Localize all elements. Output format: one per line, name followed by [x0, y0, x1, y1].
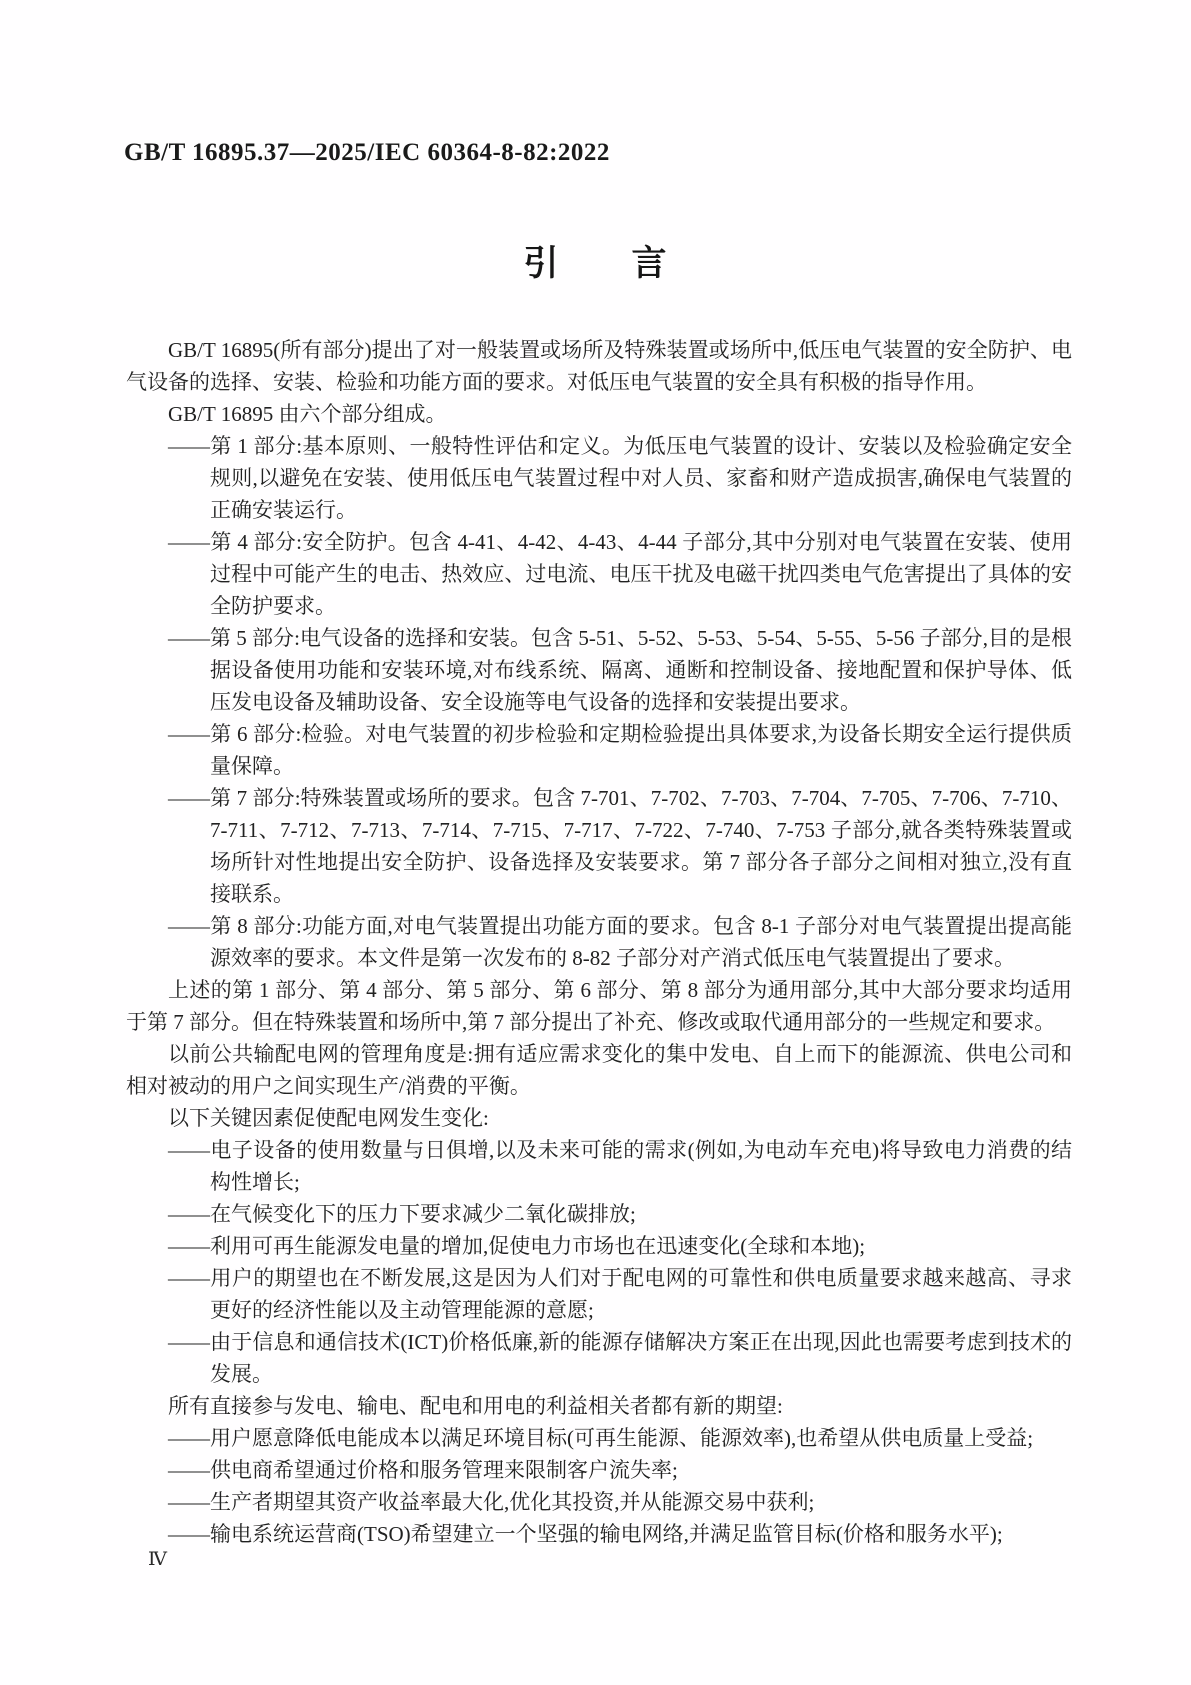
dash-leader: —— — [168, 786, 210, 810]
paragraph: 以下关键因素促使配电网发生变化: — [126, 1102, 1072, 1134]
document-page: GB/T 16895.37—2025/IEC 60364-8-82:2022 引… — [0, 0, 1191, 1685]
dash-leader: —— — [168, 1202, 210, 1226]
paragraph: 以前公共输配电网的管理角度是:拥有适应需求变化的集中发电、自上而下的能源流、供电… — [126, 1038, 1072, 1102]
list-item: ——供电商希望通过价格和服务管理来限制客户流失率; — [126, 1454, 1072, 1486]
dash-leader: —— — [168, 914, 210, 938]
list-item: ——用户愿意降低电能成本以满足环境目标(可再生能源、能源效率),也希望从供电质量… — [126, 1422, 1072, 1454]
dash-leader: —— — [168, 530, 210, 554]
list-item: ——由于信息和通信技术(ICT)价格低廉,新的能源存储解决方案正在出现,因此也需… — [126, 1326, 1072, 1390]
standard-number-header: GB/T 16895.37—2025/IEC 60364-8-82:2022 — [124, 139, 610, 167]
dash-leader: —— — [168, 1458, 210, 1482]
list-item: ——第 5 部分:电气设备的选择和安装。包含 5-51、5-52、5-53、5-… — [126, 622, 1072, 718]
list-item: ——生产者期望其资产收益率最大化,优化其投资,并从能源交易中获利; — [126, 1486, 1072, 1518]
list-item: ——输电系统运营商(TSO)希望建立一个坚强的输电网络,并满足监管目标(价格和服… — [126, 1518, 1072, 1550]
list-item: ——电子设备的使用数量与日俱增,以及未来可能的需求(例如,为电动车充电)将导致电… — [126, 1134, 1072, 1198]
list-item: ——第 6 部分:检验。对电气装置的初步检验和定期检验提出具体要求,为设备长期安… — [126, 718, 1072, 782]
dash-leader: —— — [168, 1426, 210, 1450]
dash-leader: —— — [168, 1330, 210, 1354]
list-item: ——第 8 部分:功能方面,对电气装置提出功能方面的要求。包含 8-1 子部分对… — [126, 910, 1072, 974]
dash-leader: —— — [168, 1266, 210, 1290]
dash-leader: —— — [168, 1490, 210, 1514]
document-body: GB/T 16895(所有部分)提出了对一般装置或场所及特殊装置或场所中,低压电… — [126, 334, 1072, 1550]
dash-leader: —— — [168, 434, 210, 458]
paragraph: 所有直接参与发电、输电、配电和用电的利益相关者都有新的期望: — [126, 1390, 1072, 1422]
dash-leader: —— — [168, 626, 210, 650]
list-item: ——第 7 部分:特殊装置或场所的要求。包含 7-701、7-702、7-703… — [126, 782, 1072, 910]
dash-leader: —— — [168, 722, 210, 746]
dash-leader: —— — [168, 1138, 210, 1162]
list-item: ——用户的期望也在不断发展,这是因为人们对于配电网的可靠性和供电质量要求越来越高… — [126, 1262, 1072, 1326]
page-number: Ⅳ — [148, 1548, 167, 1571]
paragraph: 上述的第 1 部分、第 4 部分、第 5 部分、第 6 部分、第 8 部分为通用… — [126, 974, 1072, 1038]
list-item: ——第 1 部分:基本原则、一般特性评估和定义。为低压电气装置的设计、安装以及检… — [126, 430, 1072, 526]
page-title: 引 言 — [0, 236, 1191, 286]
paragraph: GB/T 16895(所有部分)提出了对一般装置或场所及特殊装置或场所中,低压电… — [126, 334, 1072, 398]
list-item: ——第 4 部分:安全防护。包含 4-41、4-42、4-43、4-44 子部分… — [126, 526, 1072, 622]
dash-leader: —— — [168, 1522, 210, 1546]
dash-leader: —— — [168, 1234, 210, 1258]
list-item: ——在气候变化下的压力下要求减少二氧化碳排放; — [126, 1198, 1072, 1230]
list-item: ——利用可再生能源发电量的增加,促使电力市场也在迅速变化(全球和本地); — [126, 1230, 1072, 1262]
paragraph: GB/T 16895 由六个部分组成。 — [126, 398, 1072, 430]
